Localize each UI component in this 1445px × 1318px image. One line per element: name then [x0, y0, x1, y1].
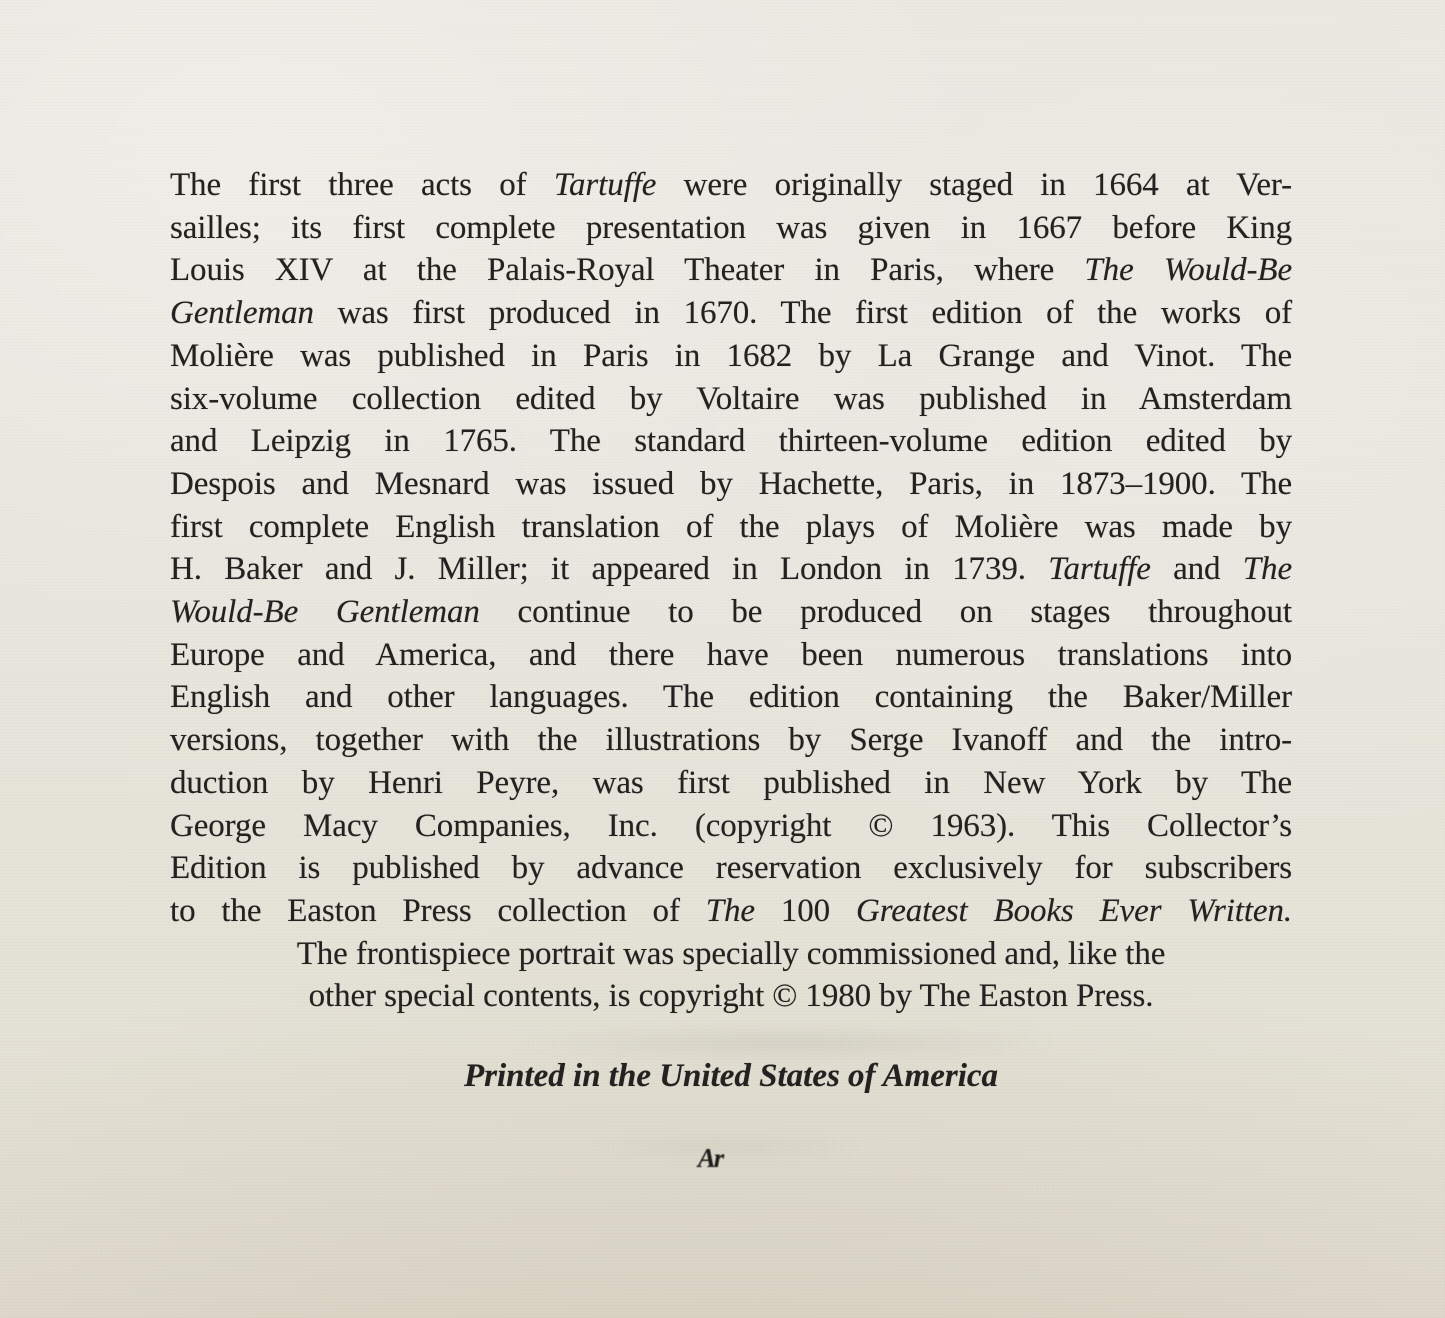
text-line: Despois and Mesnard was issued by Hachet…	[170, 463, 1292, 506]
italic-title-text: The	[1243, 551, 1292, 587]
body-text: The frontispiece portrait was specially …	[297, 936, 1166, 972]
body-text: to the Easton Press collection of	[170, 893, 706, 929]
text-line: Would-Be Gentleman continue to be produc…	[170, 591, 1292, 634]
text-line: versions, together with the illustration…	[170, 719, 1292, 762]
printed-in-usa-line: Printed in the United States of America	[170, 1058, 1292, 1095]
colophon-paragraph: The first three acts of Tartuffe were or…	[170, 164, 1292, 1018]
body-text: 100	[755, 893, 856, 929]
body-text: duction by Henri Peyre, was first publis…	[170, 765, 1292, 801]
italic-title-text: The	[706, 893, 755, 929]
text-line: Louis XIV at the Palais-Royal Theater in…	[170, 249, 1292, 292]
text-line: other special contents, is copyright © 1…	[170, 975, 1292, 1018]
italic-title-text: The Would-Be	[1084, 252, 1292, 288]
text-line: The frontispiece portrait was specially …	[170, 933, 1292, 976]
body-text: and	[1151, 551, 1243, 587]
body-text: The first three acts of	[170, 167, 554, 203]
body-text: was first produced in 1670. The first ed…	[314, 295, 1292, 331]
body-text: English and other languages. The edition…	[170, 679, 1292, 715]
body-text: Louis XIV at the Palais-Royal Theater in…	[170, 252, 1084, 288]
italic-title-text: Gentleman	[170, 295, 314, 331]
book-page: The first three acts of Tartuffe were or…	[0, 0, 1445, 1318]
body-text: Molière was published in Paris in 1682 b…	[170, 338, 1292, 374]
text-line: first complete English translation of th…	[170, 506, 1292, 549]
body-text: Europe and America, and there have been …	[170, 637, 1292, 673]
body-text: H. Baker and J. Miller; it appeared in L…	[170, 551, 1048, 587]
text-line: Gentleman was first produced in 1670. Th…	[170, 292, 1292, 335]
text-line: George Macy Companies, Inc. (copyright ©…	[170, 805, 1292, 848]
text-line: Edition is published by advance reservat…	[170, 847, 1292, 890]
page-showthrough-smudge	[470, 1028, 1110, 1058]
text-line: The first three acts of Tartuffe were or…	[170, 164, 1292, 207]
body-text: were originally staged in 1664 at Ver-	[656, 167, 1292, 203]
text-line: and Leipzig in 1765. The standard thirte…	[170, 420, 1292, 463]
body-text: first complete English translation of th…	[170, 509, 1292, 545]
italic-title-text: Would-Be Gentleman	[170, 594, 480, 630]
body-text: other special contents, is copyright © 1…	[309, 978, 1154, 1014]
text-line: Molière was published in Paris in 1682 b…	[170, 335, 1292, 378]
body-text: Edition is published by advance reservat…	[170, 850, 1292, 886]
text-line: Europe and America, and there have been …	[170, 634, 1292, 677]
text-line: six-volume collection edited by Voltaire…	[170, 378, 1292, 421]
body-text: continue to be produced on stages throug…	[480, 594, 1292, 630]
text-line: to the Easton Press collection of The 10…	[170, 890, 1292, 933]
italic-title-text: Greatest Books Ever Written.	[856, 893, 1292, 929]
text-line: English and other languages. The edition…	[170, 676, 1292, 719]
printers-ornament-icon: Ar	[530, 1143, 890, 1174]
body-text: sailles; its first complete presentation…	[170, 210, 1292, 246]
body-text: and Leipzig in 1765. The standard thirte…	[170, 423, 1292, 459]
body-text: six-volume collection edited by Voltaire…	[170, 381, 1292, 417]
body-text: George Macy Companies, Inc. (copyright ©…	[170, 808, 1292, 844]
text-line: H. Baker and J. Miller; it appeared in L…	[170, 548, 1292, 591]
body-text: versions, together with the illustration…	[170, 722, 1292, 758]
italic-title-text: Tartuffe	[1048, 551, 1151, 587]
text-line: sailles; its first complete presentation…	[170, 207, 1292, 250]
body-text: Despois and Mesnard was issued by Hachet…	[170, 466, 1292, 502]
italic-title-text: Tartuffe	[554, 167, 657, 203]
text-line: duction by Henri Peyre, was first publis…	[170, 762, 1292, 805]
